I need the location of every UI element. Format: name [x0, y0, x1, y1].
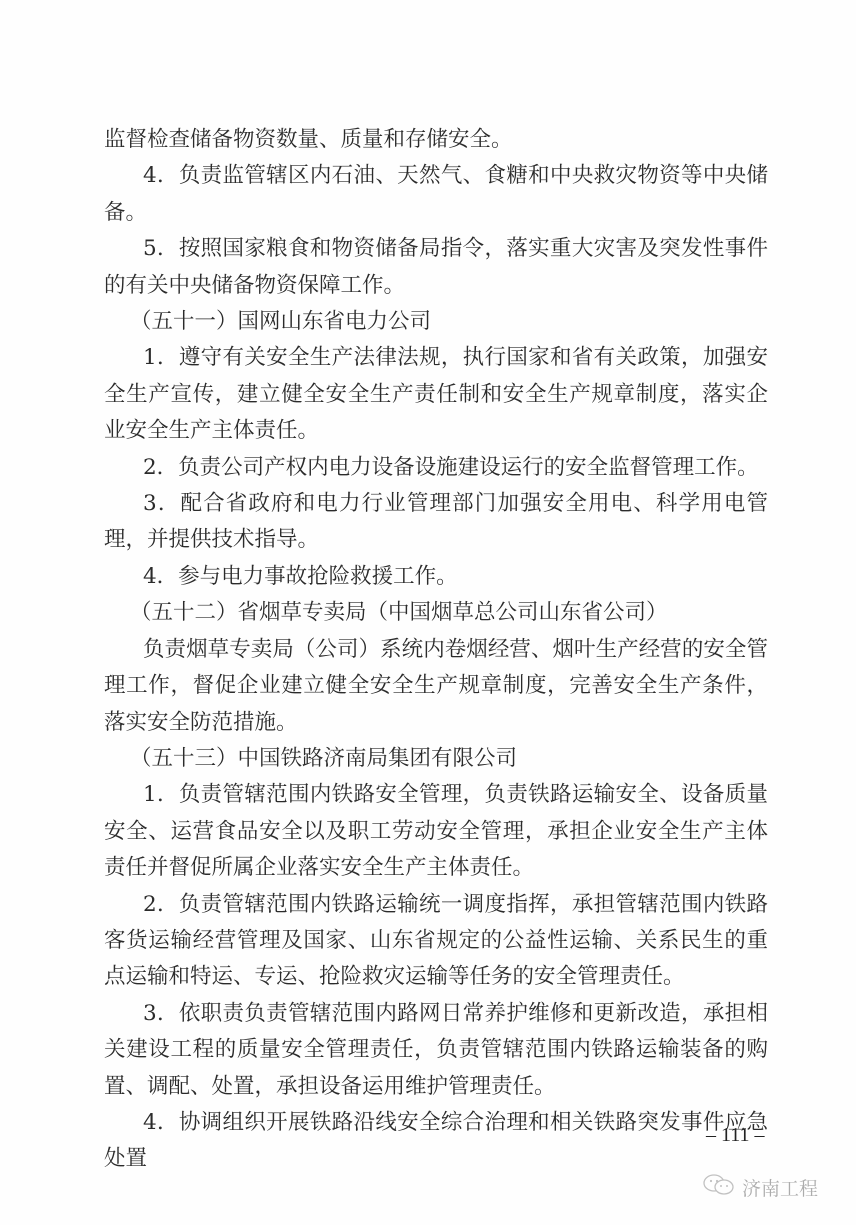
list-item: 1．遵守有关安全生产法律法规，执行国家和省有关政策，加强安全生产宣传，建立健全安… — [104, 340, 768, 449]
document-page: 监督检查储备物资数量、质量和存储安全。 4．负责监管辖区内石油、天然气、食糖和中… — [0, 0, 856, 1225]
watermark-label: 济南工程 — [742, 1174, 818, 1201]
watermark: 济南工程 — [702, 1172, 818, 1203]
section-heading: （五十三）中国铁路济南局集团有限公司 — [104, 741, 768, 777]
list-item: 4．协调组织开展铁路沿线安全综合治理和相关铁路突发事件应急处置 — [104, 1105, 768, 1178]
paragraph-continuation: 监督检查储备物资数量、质量和存储安全。 — [104, 122, 768, 158]
list-item: 2．负责公司产权内电力设备设施建设运行的安全监督管理工作。 — [104, 450, 768, 486]
wechat-icon — [702, 1172, 736, 1203]
document-body: 监督检查储备物资数量、质量和存储安全。 4．负责监管辖区内石油、天然气、食糖和中… — [104, 122, 768, 1178]
section-heading: （五十一）国网山东省电力公司 — [104, 304, 768, 340]
list-item: 1．负责管辖范围内铁路安全管理，负责铁路运输安全、设备质量安全、运营食品安全以及… — [104, 777, 768, 886]
list-item: 3．配合省政府和电力行业管理部门加强安全用电、科学用电管理，并提供技术指导。 — [104, 486, 768, 559]
list-item: 4．参与电力事故抢险救援工作。 — [104, 559, 768, 595]
list-item: 3．依职责负责管辖范围内路网日常养护维修和更新改造，承担相关建设工程的质量安全管… — [104, 996, 768, 1105]
list-item: 5．按照国家粮食和物资储备局指令，落实重大灾害及突发性事件的有关中央储备物资保障… — [104, 231, 768, 304]
list-item: 4．负责监管辖区内石油、天然气、食糖和中央救灾物资等中央储备。 — [104, 158, 768, 231]
list-item: 2．负责管辖范围内铁路运输统一调度指挥，承担管辖范围内铁路客货运输经营管理及国家… — [104, 887, 768, 996]
section-heading: （五十二）省烟草专卖局（中国烟草总公司山东省公司） — [104, 595, 768, 631]
page-number: – 111 – — [706, 1124, 765, 1147]
paragraph: 负责烟草专卖局（公司）系统内卷烟经营、烟叶生产经营的安全管理工作，督促企业建立健… — [104, 632, 768, 741]
